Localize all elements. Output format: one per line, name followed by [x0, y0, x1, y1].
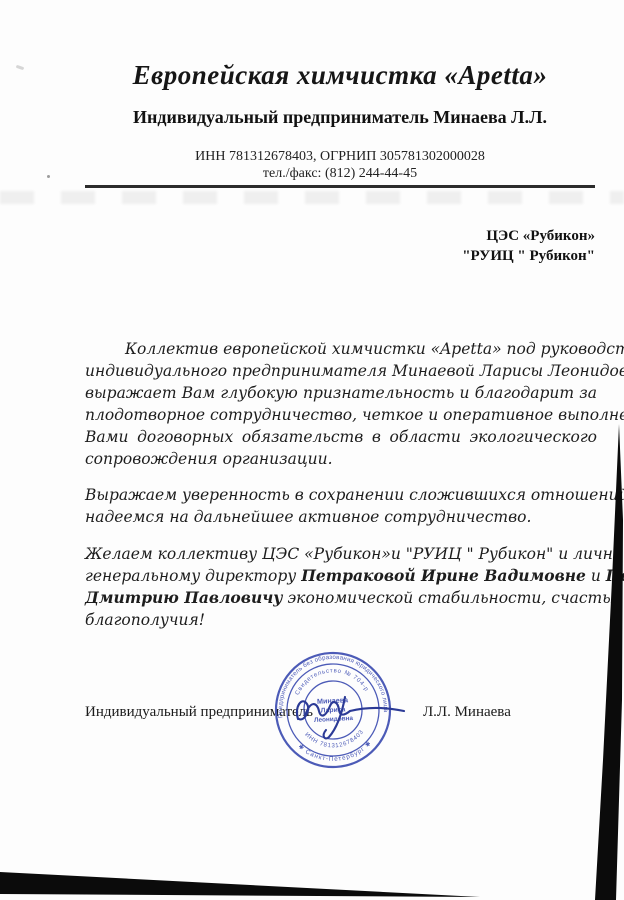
p3-line-2-bold-name: Петраковой Ирине Вадимовне	[301, 566, 586, 585]
p3-line-3-bold-name: Дмитрию Павловичу	[85, 588, 283, 607]
inn-ogrnip-line: ИНН 781312678403, ОГРНИП 305781302000028	[85, 148, 595, 165]
p3-line-2-text: генеральному директору	[85, 567, 301, 585]
header-rule	[85, 185, 595, 188]
scan-noise-band	[0, 191, 624, 204]
p2-line-1: Выражаем уверенность в сохранении сложив…	[85, 484, 597, 506]
scanned-letter-page: Европейская химчистка «Apetta» Индивидуа…	[0, 0, 624, 900]
p3-line-3: Дмитрию Павловичу экономической стабильн…	[85, 587, 597, 609]
paragraph-3: Желаем коллективу ЦЭС «Рубикон»и "РУИЦ "…	[85, 543, 597, 631]
p1-line-3: выражает Вам глубокую признательность и …	[85, 382, 597, 404]
p1-line-1: Коллектив европейской химчистки «Apetta»…	[85, 338, 597, 360]
recipient-block: ЦЭС «Рубикон» "РУИЦ " Рубикон"	[462, 226, 595, 266]
p1-line-4: плодотворное сотрудничество, четкое и оп…	[85, 404, 597, 426]
p3-line-2: генеральному директору Петраковой Ирине …	[85, 565, 597, 587]
signature-scribble	[288, 688, 414, 744]
p1-line-2: индивидуального предпринимателя Минаевой…	[85, 360, 597, 382]
p3-line-4: благополучия!	[85, 609, 597, 631]
signature-tail	[350, 708, 404, 711]
p3-line-3-text: экономической стабильности, счастья и	[283, 589, 624, 607]
recipient-line-1: ЦЭС «Рубикон»	[462, 226, 595, 246]
company-title: Европейская химчистка «Apetta»	[85, 58, 595, 92]
paragraph-2: Выражаем уверенность в сохранении сложив…	[85, 484, 597, 528]
p2-line-2: надеемся на дальнейшее активное сотрудни…	[85, 506, 597, 528]
p3-line-2-bold-surname: Петракову	[606, 566, 624, 585]
p1-line-5: Вами договорных обязательств в области э…	[85, 426, 597, 448]
scan-artifact-bottom-wedge	[0, 872, 480, 897]
entrepreneur-subtitle: Индивидуальный предприниматель Минаева Л…	[85, 106, 595, 128]
p1-line-6: сопровождения организации.	[85, 448, 597, 470]
scan-corner-artifact	[16, 65, 25, 70]
p3-line-1: Желаем коллективу ЦЭС «Рубикон»и "РУИЦ "…	[85, 543, 597, 565]
phone-fax-line: тел./факс: (812) 244-44-45	[85, 165, 595, 182]
signature-descender	[324, 697, 345, 738]
recipient-line-2: "РУИЦ " Рубикон"	[462, 246, 595, 266]
scan-dot-artifact	[47, 175, 50, 178]
paragraph-1: Коллектив европейской химчистки «Apetta»…	[85, 338, 597, 470]
p3-line-2-conj: и	[586, 567, 606, 585]
signatory-name: Л.Л. Минаева	[423, 703, 511, 722]
